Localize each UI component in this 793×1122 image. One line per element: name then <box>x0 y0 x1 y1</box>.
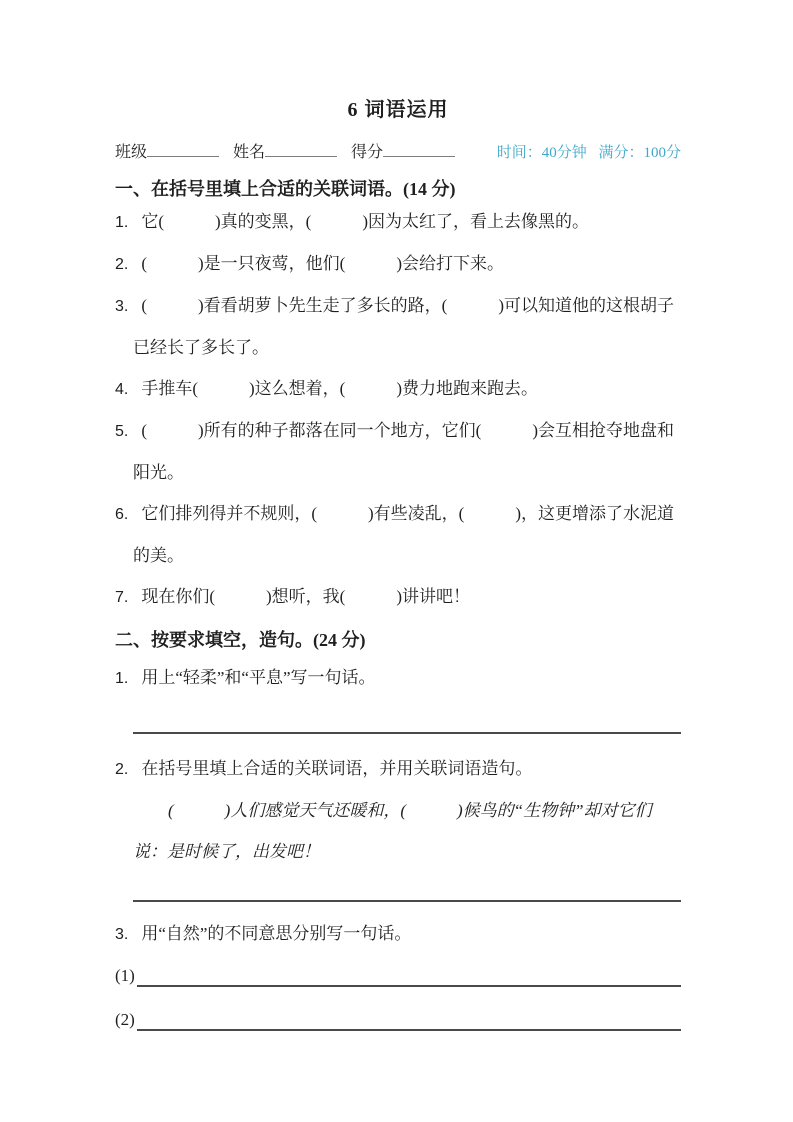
item-number: 1. <box>115 214 128 231</box>
score-blank-line <box>383 142 455 157</box>
student-fields: 班级 姓名 得分 <box>115 142 455 164</box>
item-text: ( )是一只夜莺，他们( )会给打下来。 <box>141 254 504 273</box>
item-text: 用“自然”的不同意思分别写一句话。 <box>141 924 411 943</box>
item-number: 1. <box>115 670 128 687</box>
q1-answer-blank-line <box>133 732 681 734</box>
item-text: ( )看看胡萝卜先生走了多长的路，( )可以知道他的这根胡子已经长了多长了。 <box>133 296 674 357</box>
time-limit-text: 时间：40分钟 <box>497 145 587 161</box>
item-text: 用上“轻柔”和“平息”写一句话。 <box>141 668 375 687</box>
item-number: 5. <box>115 423 128 440</box>
section-one-item-1: 1.它( )真的变黑，( )因为太红了，看上去像黑的。 <box>115 201 681 243</box>
section-one-item-5: 5.( )所有的种子都落在同一个地方，它们( )会互相抢夺地盘和阳光。 <box>115 410 681 493</box>
section-two-q2: 2.在括号里填上合适的关联词语，并用关联词语造句。 <box>115 748 681 790</box>
blank-1-answer-line <box>137 955 681 987</box>
q3-blank-1: (1) <box>115 955 681 996</box>
exam-meta: 时间：40分钟 满分：100分 <box>489 142 681 164</box>
item-text: 手推车( )这么想着，( )费力地跑来跑去。 <box>141 379 538 398</box>
item-text: ( )所有的种子都落在同一个地方，它们( )会互相抢夺地盘和阳光。 <box>133 421 674 482</box>
section-one-item-6: 6.它们排列得并不规则，( )有些凌乱，( )，这更增添了水泥道的美。 <box>115 493 681 576</box>
full-score-text: 满分：100分 <box>598 145 681 161</box>
item-number: 2. <box>115 256 128 273</box>
section-one-item-2: 2.( )是一只夜莺，他们( )会给打下来。 <box>115 243 681 285</box>
q2-example-sentence: ( )人们感觉天气还暖和，( )候鸟的“生物钟”却对它们说：是时候了，出发吧！ <box>115 790 681 872</box>
section-one-items: 1.它( )真的变黑，( )因为太红了，看上去像黑的。 2.( )是一只夜莺，他… <box>115 201 681 618</box>
blank-1-label: (1) <box>115 955 135 996</box>
item-text: 它们排列得并不规则，( )有些凌乱，( )，这更增添了水泥道的美。 <box>133 504 674 565</box>
blank-2-label: (2) <box>115 999 135 1040</box>
class-blank-line <box>147 142 219 157</box>
q3-blank-2: (2) <box>115 999 681 1040</box>
section-two-q3: 3.用“自然”的不同意思分别写一句话。 <box>115 913 681 955</box>
section-one-item-3: 3.( )看看胡萝卜先生走了多长的路，( )可以知道他的这根胡子已经长了多长了。 <box>115 285 681 368</box>
section-one-heading: 一、在括号里填上合适的关联词语。(14 分) <box>115 177 681 201</box>
score-field: 得分 <box>351 142 455 164</box>
section-two-heading: 二、按要求填空，造句。(24 分) <box>115 628 681 652</box>
item-number: 3. <box>115 926 128 943</box>
item-text: 在括号里填上合适的关联词语，并用关联词语造句。 <box>141 759 532 778</box>
name-field: 姓名 <box>233 142 337 164</box>
header-info-row: 班级 姓名 得分 时间：40分钟 满分：100分 <box>115 142 681 164</box>
item-text: 现在你们( )想听，我( )讲讲吧！ <box>141 587 470 606</box>
class-field: 班级 <box>115 142 219 164</box>
item-number: 4. <box>115 381 128 398</box>
class-label: 班级 <box>115 144 147 161</box>
item-number: 2. <box>115 761 128 778</box>
section-one-item-7: 7.现在你们( )想听，我( )讲讲吧！ <box>115 576 681 618</box>
name-blank-line <box>265 142 337 157</box>
blank-2-answer-line <box>137 999 681 1031</box>
name-label: 姓名 <box>233 144 265 161</box>
q2-answer-blank-line <box>133 900 681 902</box>
item-number: 6. <box>115 506 128 523</box>
page-title: 6 词语运用 <box>115 97 681 123</box>
section-one-item-4: 4.手推车( )这么想着，( )费力地跑来跑去。 <box>115 368 681 410</box>
worksheet-page: 6 词语运用 班级 姓名 得分 时间：40分钟 满分：100分 一、在括号里填上… <box>0 0 793 1122</box>
item-number: 3. <box>115 298 128 315</box>
item-number: 7. <box>115 589 128 606</box>
score-label: 得分 <box>351 144 383 161</box>
item-text: 它( )真的变黑，( )因为太红了，看上去像黑的。 <box>141 212 589 231</box>
section-two-q1: 1.用上“轻柔”和“平息”写一句话。 <box>115 657 681 699</box>
